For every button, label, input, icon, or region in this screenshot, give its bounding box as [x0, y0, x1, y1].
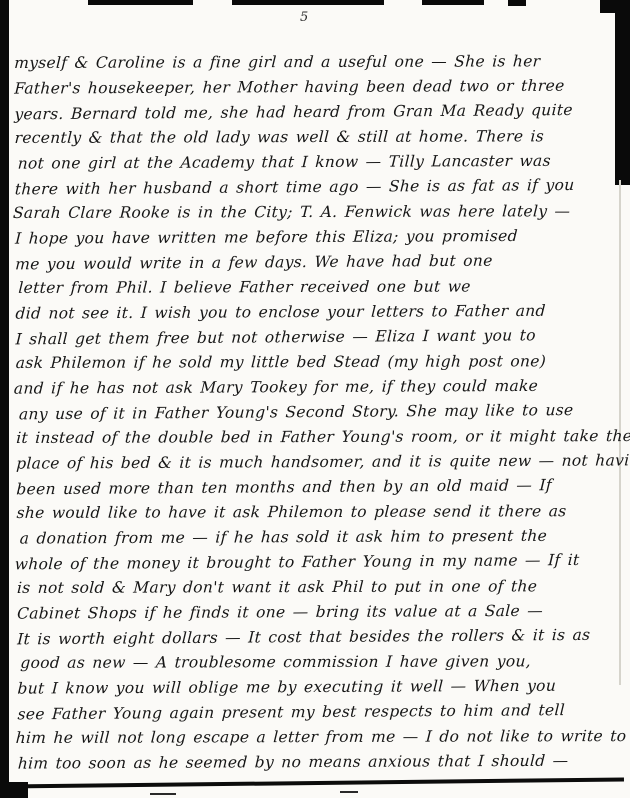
handwriting-line: It is worth eight dollars — It cost that… — [17, 623, 620, 653]
handwriting-line: I shall get them free but not otherwise … — [15, 323, 618, 353]
handwriting-line: letter from Phil. I believe Father recei… — [18, 274, 618, 301]
scan-edge-left — [0, 0, 9, 798]
scanned-letter-page: 5 myself & Caroline is a fine girl and a… — [0, 0, 630, 798]
paper-bottom-edge — [6, 777, 624, 788]
handwriting-line: Sarah Clare Rooke is in the City; T. A. … — [12, 199, 617, 226]
handwriting-line: ask Philemon if he sold my little bed St… — [15, 349, 618, 376]
handwriting-line: it instead of the double bed in Father Y… — [16, 424, 619, 451]
scan-edge-bottom-mark — [150, 793, 176, 795]
handwriting-line: him too soon as he seemed by no means an… — [17, 748, 620, 776]
scan-edge-top-mark — [422, 0, 484, 5]
handwriting-block: myself & Caroline is a fine girl and a u… — [14, 48, 620, 776]
scan-edge-top-mark — [88, 0, 193, 5]
scan-edge-top-mark — [508, 0, 526, 6]
handwriting-line: a donation from me — if he has sold it a… — [19, 523, 619, 551]
handwriting-line: me you would write in a few days. We hav… — [15, 248, 618, 278]
handwriting-line: any use of it in Father Young's Second S… — [18, 398, 618, 428]
handwriting-line: recently & that the old lady was well & … — [14, 124, 617, 151]
scan-edge-top-mark — [232, 0, 384, 5]
handwriting-line: whole of the money it brought to Father … — [14, 548, 619, 578]
page-number-mark: 5 — [300, 10, 308, 25]
handwriting-line: there with her husband a short time ago … — [14, 173, 617, 203]
handwriting-line: good as new — A troublesome commission I… — [20, 649, 620, 676]
scan-edge-bottom-mark — [340, 791, 358, 793]
handwriting-line: see Father Young again present my best r… — [17, 698, 620, 728]
handwriting-line: she would like to have it ask Philemon t… — [16, 499, 619, 526]
handwriting-line: him he will not long escape a letter fro… — [15, 724, 620, 751]
handwriting-line: been used more than ten months and then … — [16, 473, 619, 503]
handwriting-line: myself & Caroline is a fine girl and a u… — [14, 49, 617, 76]
scan-edge-right — [615, 0, 630, 185]
handwriting-line: years. Bernard told me, she had heard fr… — [14, 98, 617, 128]
scan-edge-bottom-left — [0, 782, 28, 798]
handwriting-line: is not sold & Mary don't want it ask Phi… — [16, 574, 619, 601]
